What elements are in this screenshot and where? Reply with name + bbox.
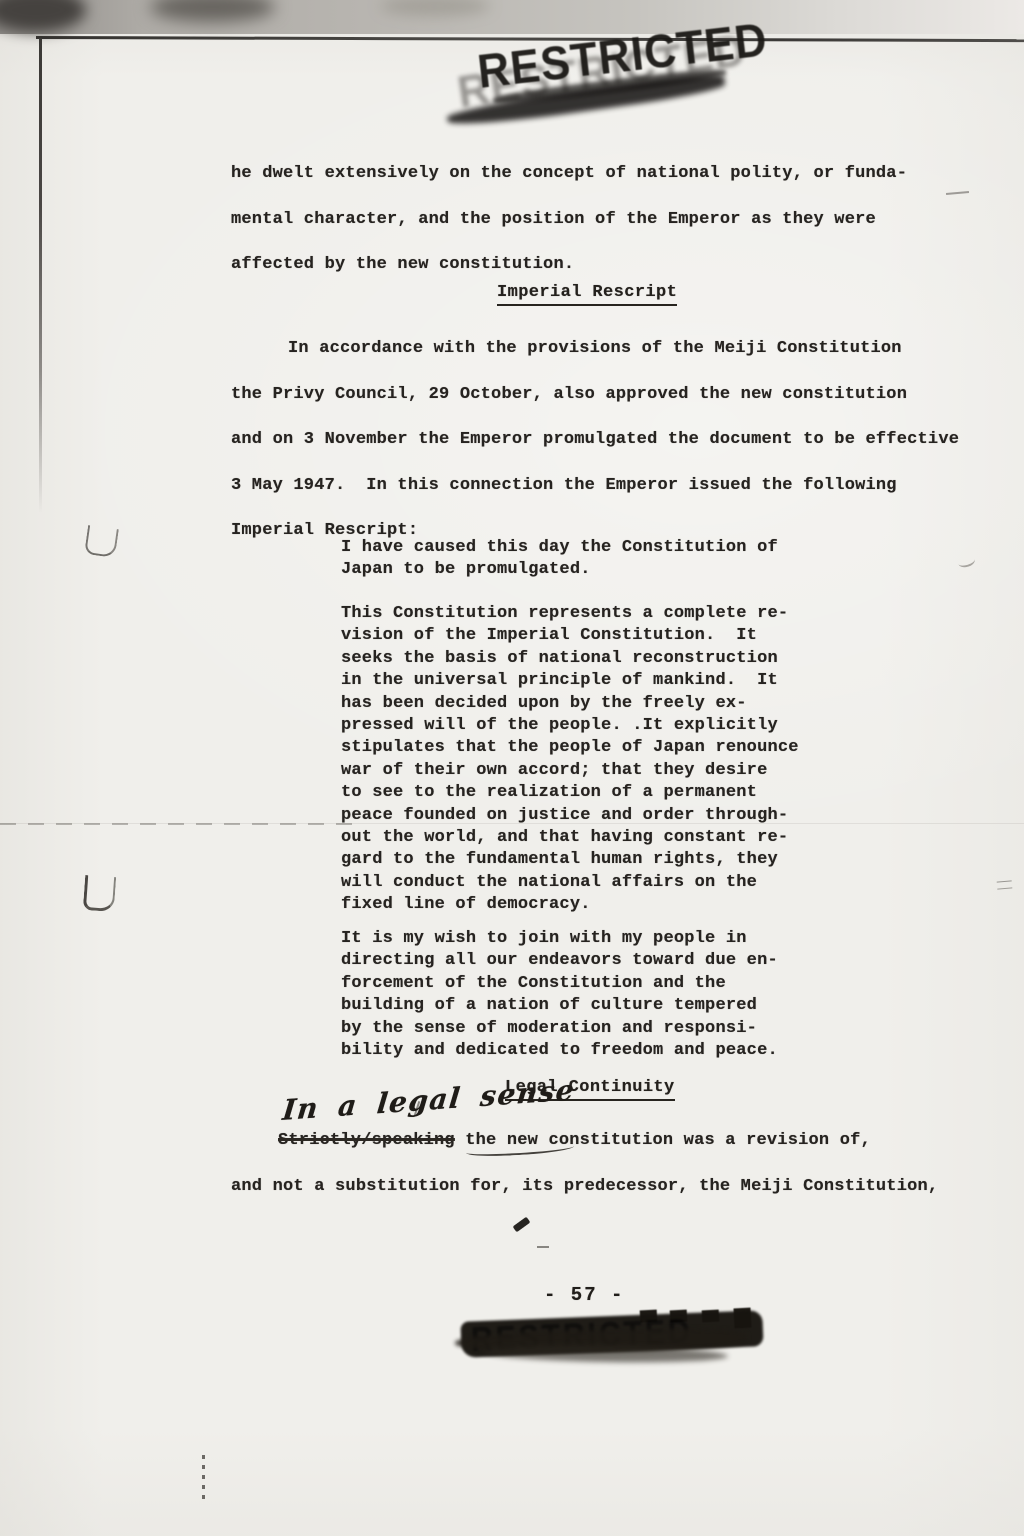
typed-line: war of their own accord; that they desir… [341, 760, 799, 782]
typed-line: It is my wish to join with my people in [341, 928, 778, 950]
typed-line: directing all our endeavors toward due e… [341, 950, 778, 972]
typed-line: forcement of the Constitution and the [341, 973, 778, 995]
ink-mark [537, 1246, 549, 1248]
typed-line: stipulates that the people of Japan reno… [341, 737, 799, 759]
struck-text: Strictly/speaking [278, 1131, 455, 1150]
scan-artifact [997, 880, 1013, 889]
scan-top-strip [0, 0, 1024, 34]
typed-line: I have caused this day the Constitution … [341, 537, 778, 559]
typed-paragraph-1: he dwelt extensively on the concept of n… [231, 151, 907, 288]
typed-line: pressed will of the people. .It explicit… [341, 715, 799, 737]
scan-artifact [946, 191, 969, 195]
typed-line: 3 May 1947. In this connection the Emper… [231, 463, 959, 509]
typed-line: bility and dedicated to freedom and peac… [341, 1040, 778, 1062]
typed-line: fixed line of democracy. [341, 894, 799, 916]
typed-line: seeks the basis of national reconstructi… [341, 648, 799, 670]
typed-line: gard to the fundamental human rights, th… [341, 849, 799, 871]
scan-artifact [202, 1455, 205, 1501]
typed-line: and not a substitution for, its predeces… [231, 1177, 938, 1196]
scan-artifact [957, 554, 976, 569]
typed-line: by the sense of moderation and responsi- [341, 1018, 778, 1040]
typed-line-with-strikethrough: Strictly/speaking the new constitution w… [278, 1131, 871, 1150]
typed-line: out the world, and that having constant … [341, 827, 799, 849]
scan-smudge [150, 0, 275, 22]
scan-smudge [380, 0, 490, 16]
typed-line: and on 3 November the Emperor promulgate… [231, 417, 959, 463]
typed-line: mental character, and the position of th… [231, 197, 907, 243]
section-heading-imperial-rescript: Imperial Rescript [497, 283, 677, 306]
typed-line: building of a nation of culture tempered [341, 995, 778, 1017]
typed-line: Japan to be promulgated. [341, 559, 778, 581]
blockquote-2: This Constitution represents a complete … [341, 603, 799, 916]
blockquote-3: It is my wish to join with my people in … [341, 928, 778, 1062]
blockquote-1: I have caused this day the Constitution … [341, 537, 778, 582]
typed-line: he dwelt extensively on the concept of n… [231, 151, 907, 197]
typed-line: In accordance with the provisions of the… [288, 326, 959, 372]
typed-line: has been decided upon by the freely ex- [341, 693, 799, 715]
scan-smudge [0, 0, 86, 32]
typed-line: will conduct the national affairs on the [341, 872, 799, 894]
restricted-stamp-top: RESTRICTED RESTRICTED [450, 40, 800, 136]
typed-line: affected by the new constitution. [231, 242, 907, 288]
restricted-stamp-bottom: RESTRICTED [455, 1300, 785, 1385]
ink-mark [513, 1217, 531, 1233]
typed-line: This Constitution represents a complete … [341, 603, 799, 625]
pen-mark [84, 525, 119, 558]
typed-line: to see to the realization of a permanent [341, 782, 799, 804]
typed-line: in the universal principle of mankind. I… [341, 670, 799, 692]
pen-mark [83, 875, 116, 912]
typed-line: vision of the Imperial Constitution. It [341, 625, 799, 647]
typed-paragraph-2: In accordance with the provisions of the… [231, 326, 959, 554]
document-page: RESTRICTED RESTRICTED he dwelt extensive… [0, 0, 1024, 1536]
handwritten-annotation: In a legal sense [281, 1073, 577, 1127]
paper-crease [0, 823, 352, 825]
page-edge-line-left [39, 38, 42, 513]
typed-line: the Privy Council, 29 October, also appr… [231, 372, 959, 418]
